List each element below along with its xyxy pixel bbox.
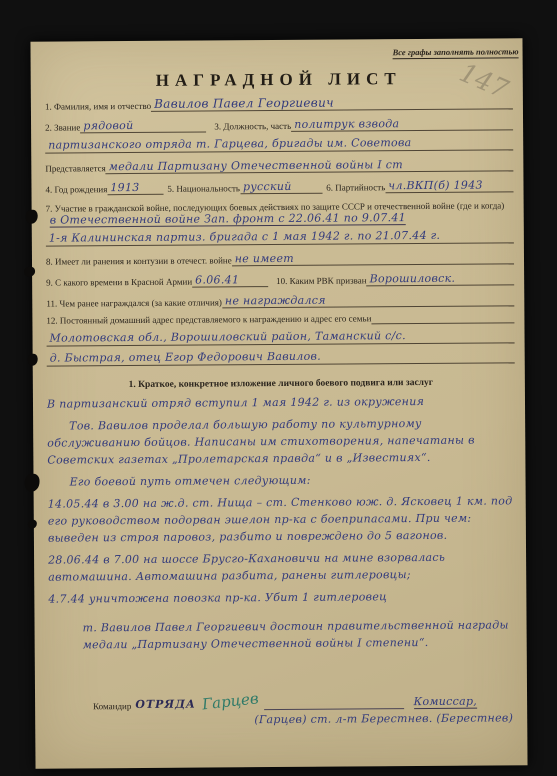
commissar-label: Комиссар, bbox=[414, 695, 478, 709]
home-address-line1: Молотовская обл., Ворошиловский район, Т… bbox=[46, 327, 514, 346]
paper-sheet: Все графы заполнять полностью 147 НАГРАД… bbox=[30, 38, 527, 768]
war-participation-block: 7. Участие в гражданской войне, последую… bbox=[46, 199, 514, 226]
combat-record-paragraph: Его боевой путь отмечен следующим: bbox=[47, 470, 515, 490]
home-address-row: 12. Постоянный домашний адрес представля… bbox=[46, 312, 514, 326]
birth-year-label: 4. Год рождения bbox=[45, 184, 107, 195]
commander-signature: Гарцев bbox=[201, 689, 259, 713]
presented-for-row: Представляется медали Партизану Отечеств… bbox=[45, 156, 513, 174]
position-label: 3. Должность, часть bbox=[214, 121, 291, 133]
previous-awards-value: не награждался bbox=[225, 294, 326, 308]
birth-year-value: 1913 bbox=[110, 181, 139, 194]
rank-label: 2. Звание bbox=[45, 122, 80, 133]
award-conclusion: т. Вавилов Павел Георгиевич достоин прав… bbox=[49, 616, 517, 653]
combat-record-paragraph: В партизанский отряд вступил 1 мая 1942 … bbox=[47, 392, 515, 412]
name-value: Вавилов Павел Георгиевич bbox=[154, 96, 334, 111]
nationality-label: 5. Национальность bbox=[167, 183, 240, 195]
ink-blot bbox=[26, 210, 38, 224]
combat-record-paragraph: 14.05.44 в 3.00 на ж.д. ст. Нища – ст. С… bbox=[48, 492, 516, 546]
signature-row: Командир ОТРЯДА Гарцев Комиссар, bbox=[49, 690, 517, 711]
commander-label: Командир bbox=[93, 701, 131, 711]
wounds-row: 8. Имеет ли ранения и контузии в отечест… bbox=[46, 249, 514, 267]
wounds-label: 8. Имеет ли ранения и контузии в отечест… bbox=[46, 255, 232, 267]
wounds-value: не имеет bbox=[235, 252, 294, 265]
rank-value: рядовой bbox=[83, 119, 133, 132]
rvk-value: Ворошиловск. bbox=[369, 272, 455, 286]
previous-awards-label: 11. Чем ранее награждался (за какие отли… bbox=[46, 297, 222, 309]
rvk-label: 10. Каким РВК призван bbox=[276, 275, 366, 287]
combat-record-paragraph: 28.06.44 в 7.00 на шоссе Брусго-Каханови… bbox=[48, 548, 516, 585]
rank-position-row: 2. Звание рядовой 3. Должность, часть по… bbox=[45, 115, 513, 133]
position-value: политрук взвода bbox=[294, 117, 399, 131]
commander-unit: ОТРЯДА bbox=[135, 698, 196, 711]
birth-nationality-party-row: 4. Год рождения 1913 5. Национальность р… bbox=[45, 177, 513, 195]
scanned-award-document: Все графы заполнять полностью 147 НАГРАД… bbox=[0, 0, 557, 776]
field-name-row: 1. Фамилия, имя и отчество Вавилов Павел… bbox=[45, 94, 513, 112]
army-since-value: 6.06.41 bbox=[195, 273, 239, 286]
party-label: 6. Партийность bbox=[326, 182, 385, 193]
home-address-line2: д. Быстрая, отец Егор Федорович Вавилов. bbox=[47, 347, 515, 366]
home-address-label: 12. Постоянный домашний адрес представля… bbox=[46, 313, 371, 326]
war-participation-value: в Отечественной войне Зап. фронт с 22.06… bbox=[50, 211, 406, 227]
ink-blot bbox=[28, 354, 38, 366]
combat-record-paragraph: 4.7.44 уничтожена повозка пр-ка. Убит 1 … bbox=[48, 587, 516, 607]
war-participation-value-line2: 1-я Калининская партиз. бригада с 1 мая … bbox=[46, 227, 514, 246]
previous-awards-row: 11. Чем ранее награждался (за какие отли… bbox=[46, 291, 514, 309]
ink-blot bbox=[28, 520, 37, 529]
section1-heading: 1. Краткое, конкретное изложение личного… bbox=[47, 377, 515, 390]
document-title: НАГРАДНОЙ ЛИСТ bbox=[45, 68, 513, 91]
signature-names-line: (Гарцев) ст. л-т Берестнев. (Берестнев) bbox=[49, 711, 517, 727]
position-value-line2: партизанского отряда т. Гарцева, бригады… bbox=[45, 134, 513, 153]
ink-blot bbox=[24, 474, 39, 492]
combat-record-paragraph: Тов. Вавилов проделал большую работу по … bbox=[47, 414, 515, 468]
presented-label: Представляется bbox=[45, 163, 105, 174]
army-since-label: 9. С какого времени в Красной Армии bbox=[46, 277, 192, 289]
name-label: 1. Фамилия, имя и отчество bbox=[45, 101, 151, 113]
army-since-rvk-row: 9. С какого времени в Красной Армии 6.06… bbox=[46, 270, 514, 288]
presented-value: медали Партизану Отечественной войны I с… bbox=[109, 158, 403, 173]
party-value: чл.ВКП(б) 1943 bbox=[388, 179, 483, 193]
nationality-value: русский bbox=[243, 180, 292, 193]
ink-blot bbox=[24, 267, 35, 277]
